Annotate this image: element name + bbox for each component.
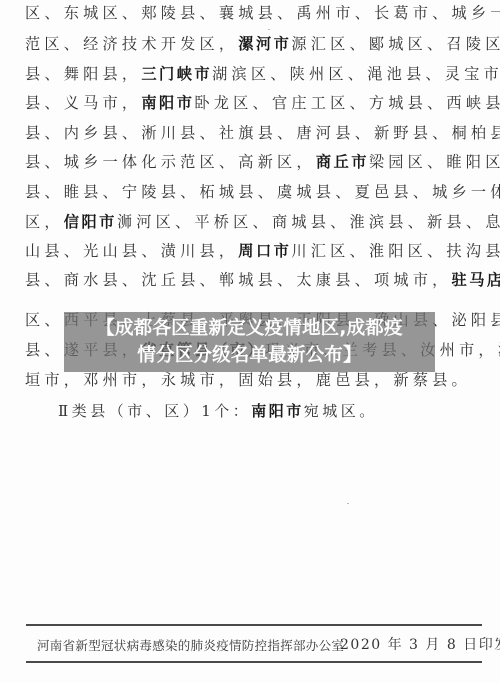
district-list-text: 湖滨区、陕州区、渑池县、灵宝市、卢氏 — [212, 65, 500, 83]
district-list-text: 区、东城区、郏陵县、襄城县、禹州市、长葛市、城乡一体化示 — [25, 4, 500, 22]
district-list-text: 区， — [25, 213, 64, 231]
title-banner-line-2: 情分区分级名单最新公布】 — [64, 342, 435, 369]
document-line: 区、东城区、郏陵县、襄城县、禹州市、长葛市、城乡一体化示 — [25, 2, 483, 24]
district-list-text: 县、义马市， — [25, 94, 141, 112]
document-line: 山县、光山县、潢川县，周口市川汇区、淮阳区、扶沟县、西华 — [25, 240, 483, 262]
city-name: 三门峡市 — [141, 65, 212, 83]
district-list-text: 县、商水县、沈丘县、郸城县、太康县、项城市， — [25, 271, 452, 289]
district-list-text: 源汇区、郾城区、召陵区、临颍 — [291, 35, 500, 53]
document-page: 区、东城区、郏陵县、襄城县、禹州市、长葛市、城乡一体化示范区、经济技术开发区，漯… — [0, 0, 500, 683]
city-name: 信阳市 — [64, 213, 117, 231]
city-name: 驻马店市 — [452, 271, 500, 289]
city-name: 商丘市 — [316, 153, 369, 171]
district-list-text: 垣市，邓州市，永城市，固始县，鹿邑县，新蔡县。 — [25, 371, 471, 389]
document-line: 县、商水县、沈丘县、郸城县、太康县、项城市，驻马店市驿城 — [25, 269, 483, 291]
title-banner-text: 【成都各区重新定义疫情地区,成都疫 情分区分级名单最新公布】 — [64, 312, 435, 369]
city-name: 南阳市 — [141, 94, 194, 112]
class-2-prefix: Ⅱ类县（市、区）1个： — [58, 402, 251, 420]
document-line: 县、城乡一体化示范区、高新区，商丘市梁园区、睢阳区、民权 — [25, 151, 483, 173]
title-banner-line-1: 【成都各区重新定义疫情地区,成都疫 — [64, 315, 435, 342]
district-list-text: 川汇区、淮阳区、扶沟县、西华 — [291, 242, 500, 260]
footer-top-rule — [26, 624, 482, 626]
district-list-text: 县、舞阳县， — [25, 65, 141, 83]
scan-speck — [268, 29, 270, 30]
document-line: 县、舞阳县，三门峡市湖滨区、陕州区、渑池县、灵宝市、卢氏 — [25, 63, 483, 85]
document-line: 县、义马市，南阳市卧龙区、官庄工区、方城县、西峡县、镇平 — [25, 92, 483, 114]
district-list-text: 县、城乡一体化示范区、高新区， — [25, 153, 316, 171]
city-name: 漯河市 — [238, 35, 291, 53]
scan-speck — [347, 503, 349, 504]
class-2-city: 南阳市 — [251, 402, 304, 420]
district-list-text: 县、睢县、宁陵县、柘城县、虞城县、夏邑县、城乡一体化示范 — [25, 183, 500, 201]
class-2-district: 宛城区。 — [304, 402, 378, 420]
document-line: 范区、经济技术开发区，漯河市源汇区、郾城区、召陵区、临颍 — [25, 33, 483, 55]
city-name: 周口市 — [238, 242, 291, 260]
footer-issuer: 河南省新型冠状病毒感染的肺炎疫情防控指挥部办公室 — [37, 636, 344, 654]
district-list-text: 梁园区、睢阳区、民权 — [369, 153, 500, 171]
footer-date: 2020 年 3 月 8 日印发 — [340, 634, 500, 654]
document-line: 区，信阳市浉河区、平桥区、商城县、淮滨县、新县、息县、罗 — [25, 211, 483, 233]
district-list-text: 卧龙区、官庄工区、方城县、西峡县、镇平 — [194, 94, 500, 112]
district-list-text: 县、内乡县、淅川县、社旗县、唐河县、新野县、桐柏县、南召 — [25, 124, 500, 142]
district-list-text: 山县、光山县、潢川县， — [25, 242, 238, 260]
class-2-county-line: Ⅱ类县（市、区）1个：南阳市宛城区。 — [58, 400, 378, 421]
document-line: 垣市，邓州市，永城市，固始县，鹿邑县，新蔡县。 — [25, 369, 483, 391]
district-list-text: 范区、经济技术开发区， — [25, 35, 238, 53]
district-list-text: 浉河区、平桥区、商城县、淮滨县、新县、息县、罗 — [117, 213, 500, 231]
footer-bottom-rule — [26, 661, 482, 663]
document-line: 县、睢县、宁陵县、柘城县、虞城县、夏邑县、城乡一体化示范 — [25, 181, 483, 203]
document-line: 县、内乡县、淅川县、社旗县、唐河县、新野县、桐柏县、南召 — [25, 122, 483, 144]
